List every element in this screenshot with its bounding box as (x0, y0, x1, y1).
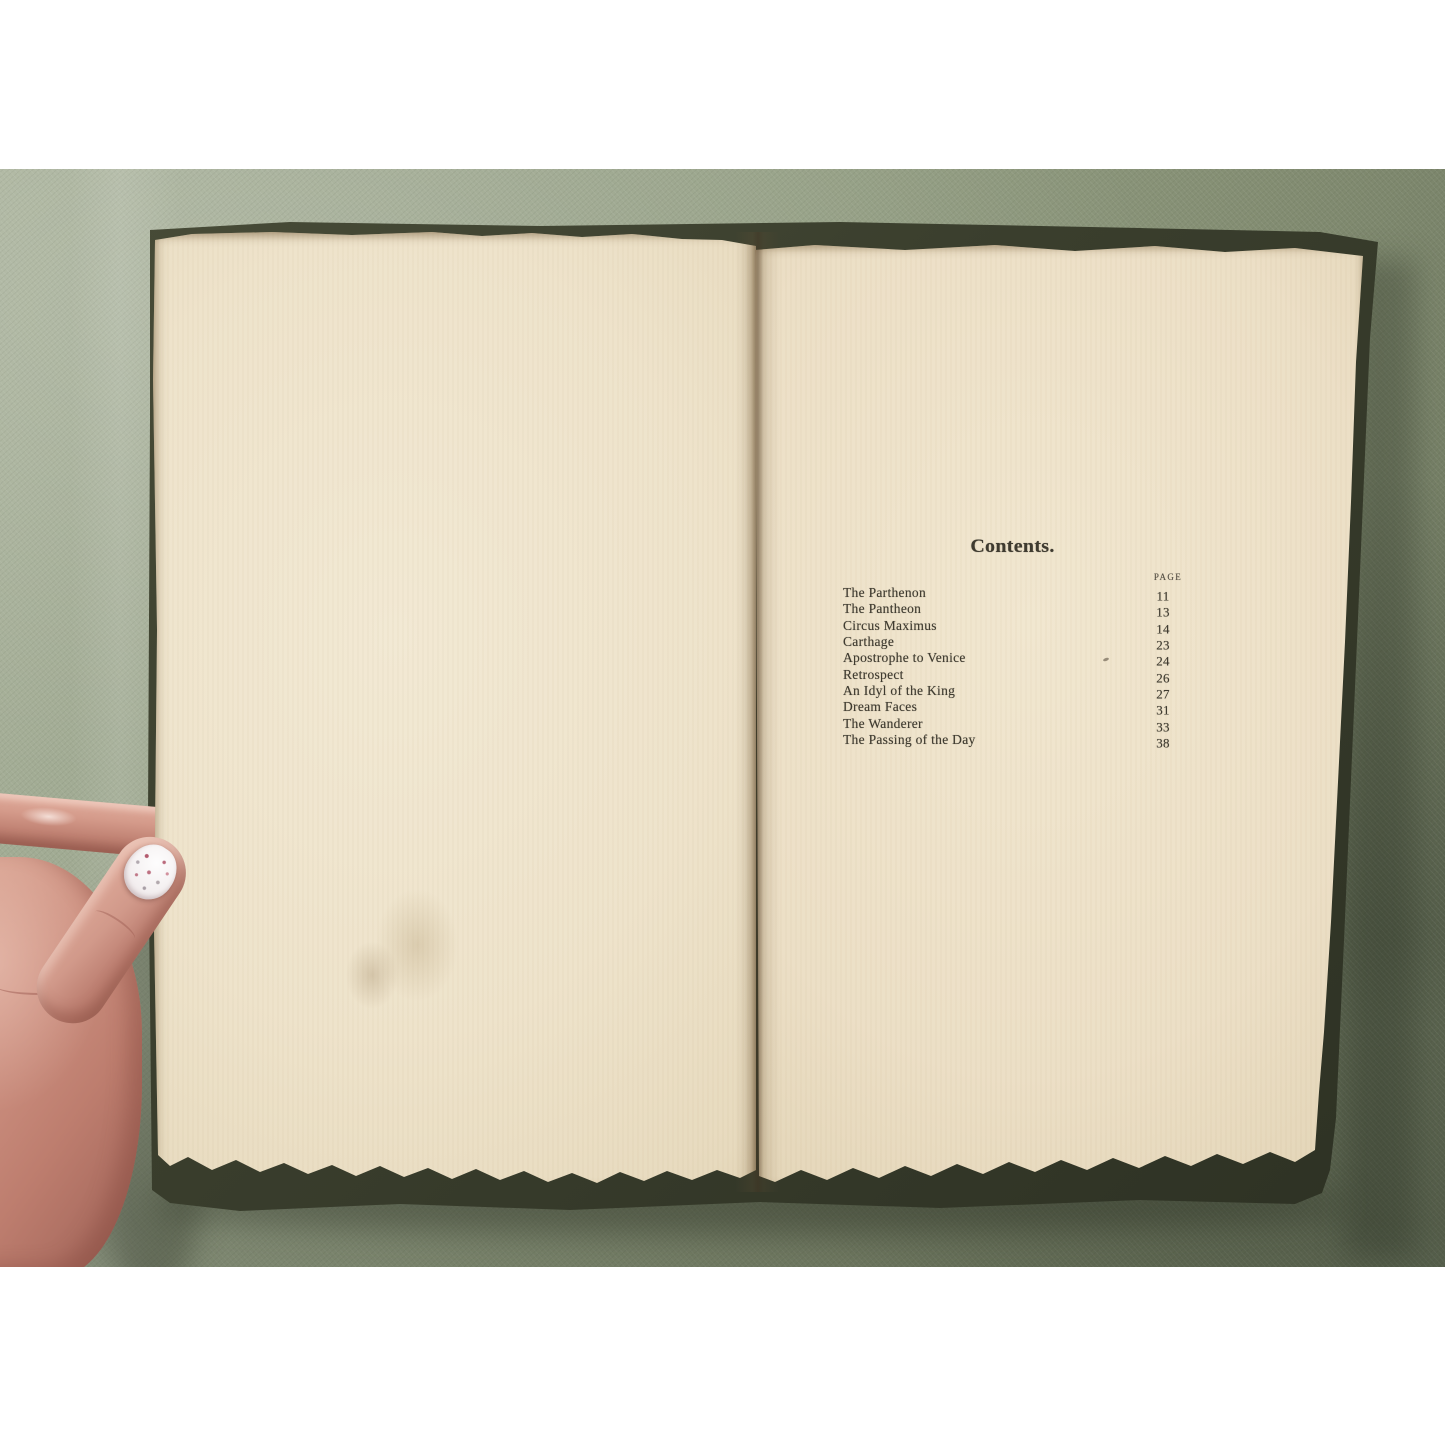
entry-page-number: 27 (1143, 687, 1183, 703)
entry-page-number: 31 (1143, 703, 1183, 719)
contents-heading: Contents. (900, 535, 1125, 557)
contents-row: Apostrophe to Venice24 (843, 650, 1183, 666)
contents-row: Carthage23 (843, 634, 1183, 650)
entry-title: Retrospect (843, 667, 904, 683)
entry-page-number: 11 (1143, 589, 1183, 605)
entry-title: The Passing of the Day (843, 732, 976, 748)
contents-row: Dream Faces31 (843, 699, 1183, 715)
book-gutter (735, 232, 781, 1192)
entry-title: The Pantheon (843, 601, 921, 617)
entry-page-number: 38 (1143, 736, 1183, 752)
contents-row: The Pantheon13 (843, 601, 1183, 617)
knuckle-highlight (8, 800, 90, 833)
entry-title: Dream Faces (843, 699, 917, 715)
page-stain-small (337, 930, 407, 1020)
entry-page-number: 26 (1143, 670, 1183, 686)
product-photo: Contents. PAGE The Parthenon11The Panthe… (0, 0, 1445, 1445)
paper-grain (152, 230, 756, 1195)
contents-row: Retrospect26 (843, 667, 1183, 683)
letterbox-bottom (0, 1267, 1445, 1445)
entry-title: Apostrophe to Venice (843, 650, 966, 666)
contents-row: Circus Maximus14 (843, 618, 1183, 634)
contents-row: An Idyl of the King27 (843, 683, 1183, 699)
entry-title: The Parthenon (843, 585, 926, 601)
entry-title: Carthage (843, 634, 894, 650)
thumb-crease (91, 906, 139, 944)
entry-page-number: 33 (1143, 719, 1183, 735)
photo-scene: Contents. PAGE The Parthenon11The Panthe… (0, 169, 1445, 1267)
letterbox-top (0, 0, 1445, 169)
contents-row: The Passing of the Day38 (843, 732, 1183, 748)
entry-title: An Idyl of the King (843, 683, 955, 699)
entry-page-number: 14 (1143, 621, 1183, 637)
contents-list: The Parthenon11The Pantheon13Circus Maxi… (843, 585, 1183, 748)
entry-page-number: 13 (1143, 605, 1183, 621)
entry-title: Circus Maximus (843, 618, 937, 634)
entry-page-number: 24 (1143, 654, 1183, 670)
contents-row: The Parthenon11 (843, 585, 1183, 601)
entry-title: The Wanderer (843, 716, 923, 732)
left-page-blank (152, 230, 756, 1195)
entry-page-number: 23 (1143, 638, 1183, 654)
contents-row: The Wanderer33 (843, 716, 1183, 732)
page-column-label: PAGE (1146, 572, 1190, 582)
